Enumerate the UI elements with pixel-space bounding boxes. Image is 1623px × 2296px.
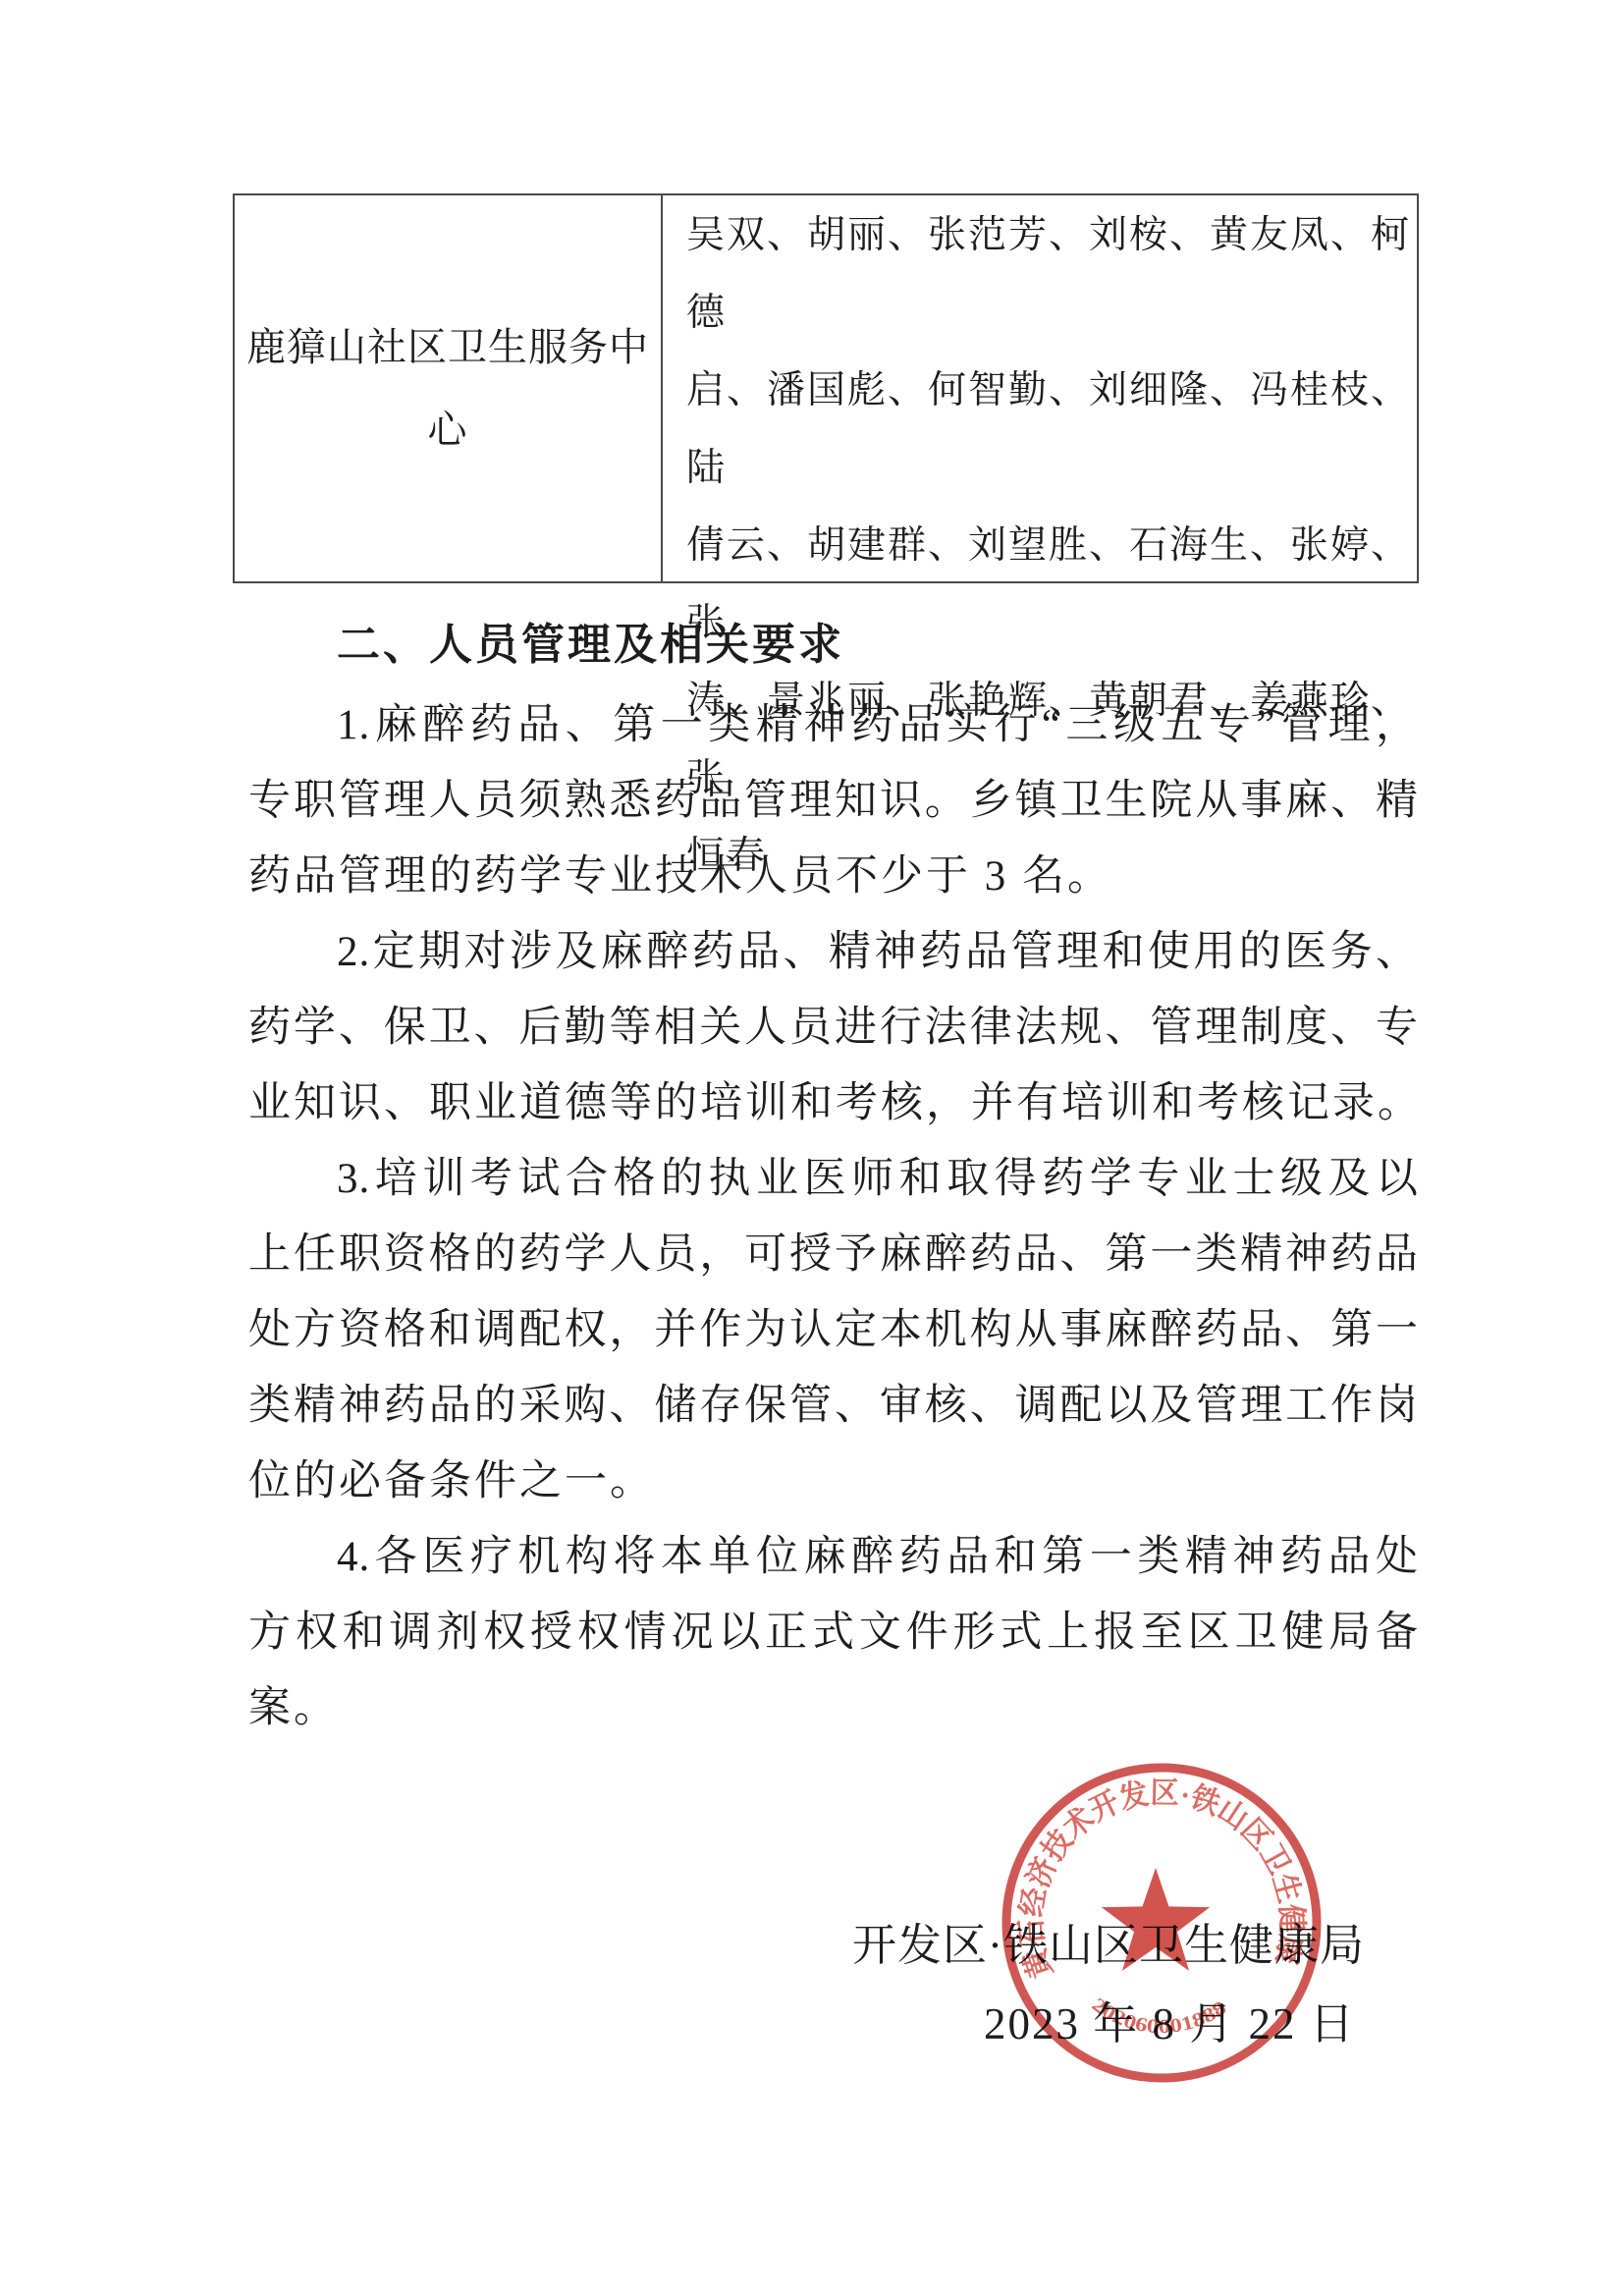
paragraph-3-line: 位的必备条件之一。 <box>248 1444 1419 1519</box>
paragraph-4-line: 4.各医疗机构将本单位麻醉药品和第一类精神药品处 <box>248 1519 1419 1595</box>
section-heading: 二、人员管理及相关要求 <box>337 609 844 672</box>
paragraph-4-line: 案。 <box>248 1670 1419 1746</box>
document-body: 1.麻醉药品、第一类精神药品实行“三级五专”管理， 专职管理人员须熟悉药品管理知… <box>248 687 1419 1746</box>
staff-names-line: 启、潘国彪、何智勤、刘细隆、冯桂枝、陆 <box>686 352 1409 507</box>
paragraph-4-line: 方权和调剂权授权情况以正式文件形式上报至区卫健局备 <box>248 1595 1419 1670</box>
paragraph-2-line: 药学、保卫、后勤等相关人员进行法律法规、管理制度、专 <box>248 990 1419 1066</box>
paragraph-3-line: 上任职资格的药学人员，可授予麻醉药品、第一类精神药品 <box>248 1217 1419 1292</box>
paragraph-1-line: 药品管理的药学专业技术人员不少于 3 名。 <box>248 839 1419 914</box>
paragraph-2-line: 2.定期对涉及麻醉药品、精神药品管理和使用的医务、 <box>248 914 1419 990</box>
issuing-agency: 开发区·铁山区卫生健康局 <box>852 1909 1365 1973</box>
staff-names-line: 吴双、胡丽、张范芳、刘桉、黄友凤、柯德 <box>686 196 1409 352</box>
paragraph-3-line: 类精神药品的采购、储存保管、审核、调配以及管理工作岗 <box>248 1368 1419 1444</box>
facility-staff-table: 鹿獐山社区卫生服务中 心 吴双、胡丽、张范芳、刘桉、黄友凤、柯德 启、潘国彪、何… <box>233 193 1419 583</box>
paragraph-3-line: 3.培训考试合格的执业医师和取得药学专业士级及以 <box>248 1141 1419 1217</box>
issue-date: 2023 年 8 月 22 日 <box>984 1988 1356 2051</box>
facility-name-line-2: 心 <box>428 389 468 471</box>
paragraph-3-line: 处方资格和调配权，并作为认定本机构从事麻醉药品、第一 <box>248 1292 1419 1368</box>
paragraph-2-line: 业知识、职业道德等的培训和考核，并有培训和考核记录。 <box>248 1066 1419 1141</box>
staff-names-cell: 吴双、胡丽、张范芳、刘桉、黄友凤、柯德 启、潘国彪、何智勤、刘细隆、冯桂枝、陆 … <box>663 195 1417 581</box>
paragraph-1-line: 1.麻醉药品、第一类精神药品实行“三级五专”管理， <box>248 687 1419 763</box>
paragraph-1-line: 专职管理人员须熟悉药品管理知识。乡镇卫生院从事麻、精 <box>248 763 1419 839</box>
facility-name-cell: 鹿獐山社区卫生服务中 心 <box>235 195 663 581</box>
facility-name-line-1: 鹿獐山社区卫生服务中 <box>246 306 649 389</box>
